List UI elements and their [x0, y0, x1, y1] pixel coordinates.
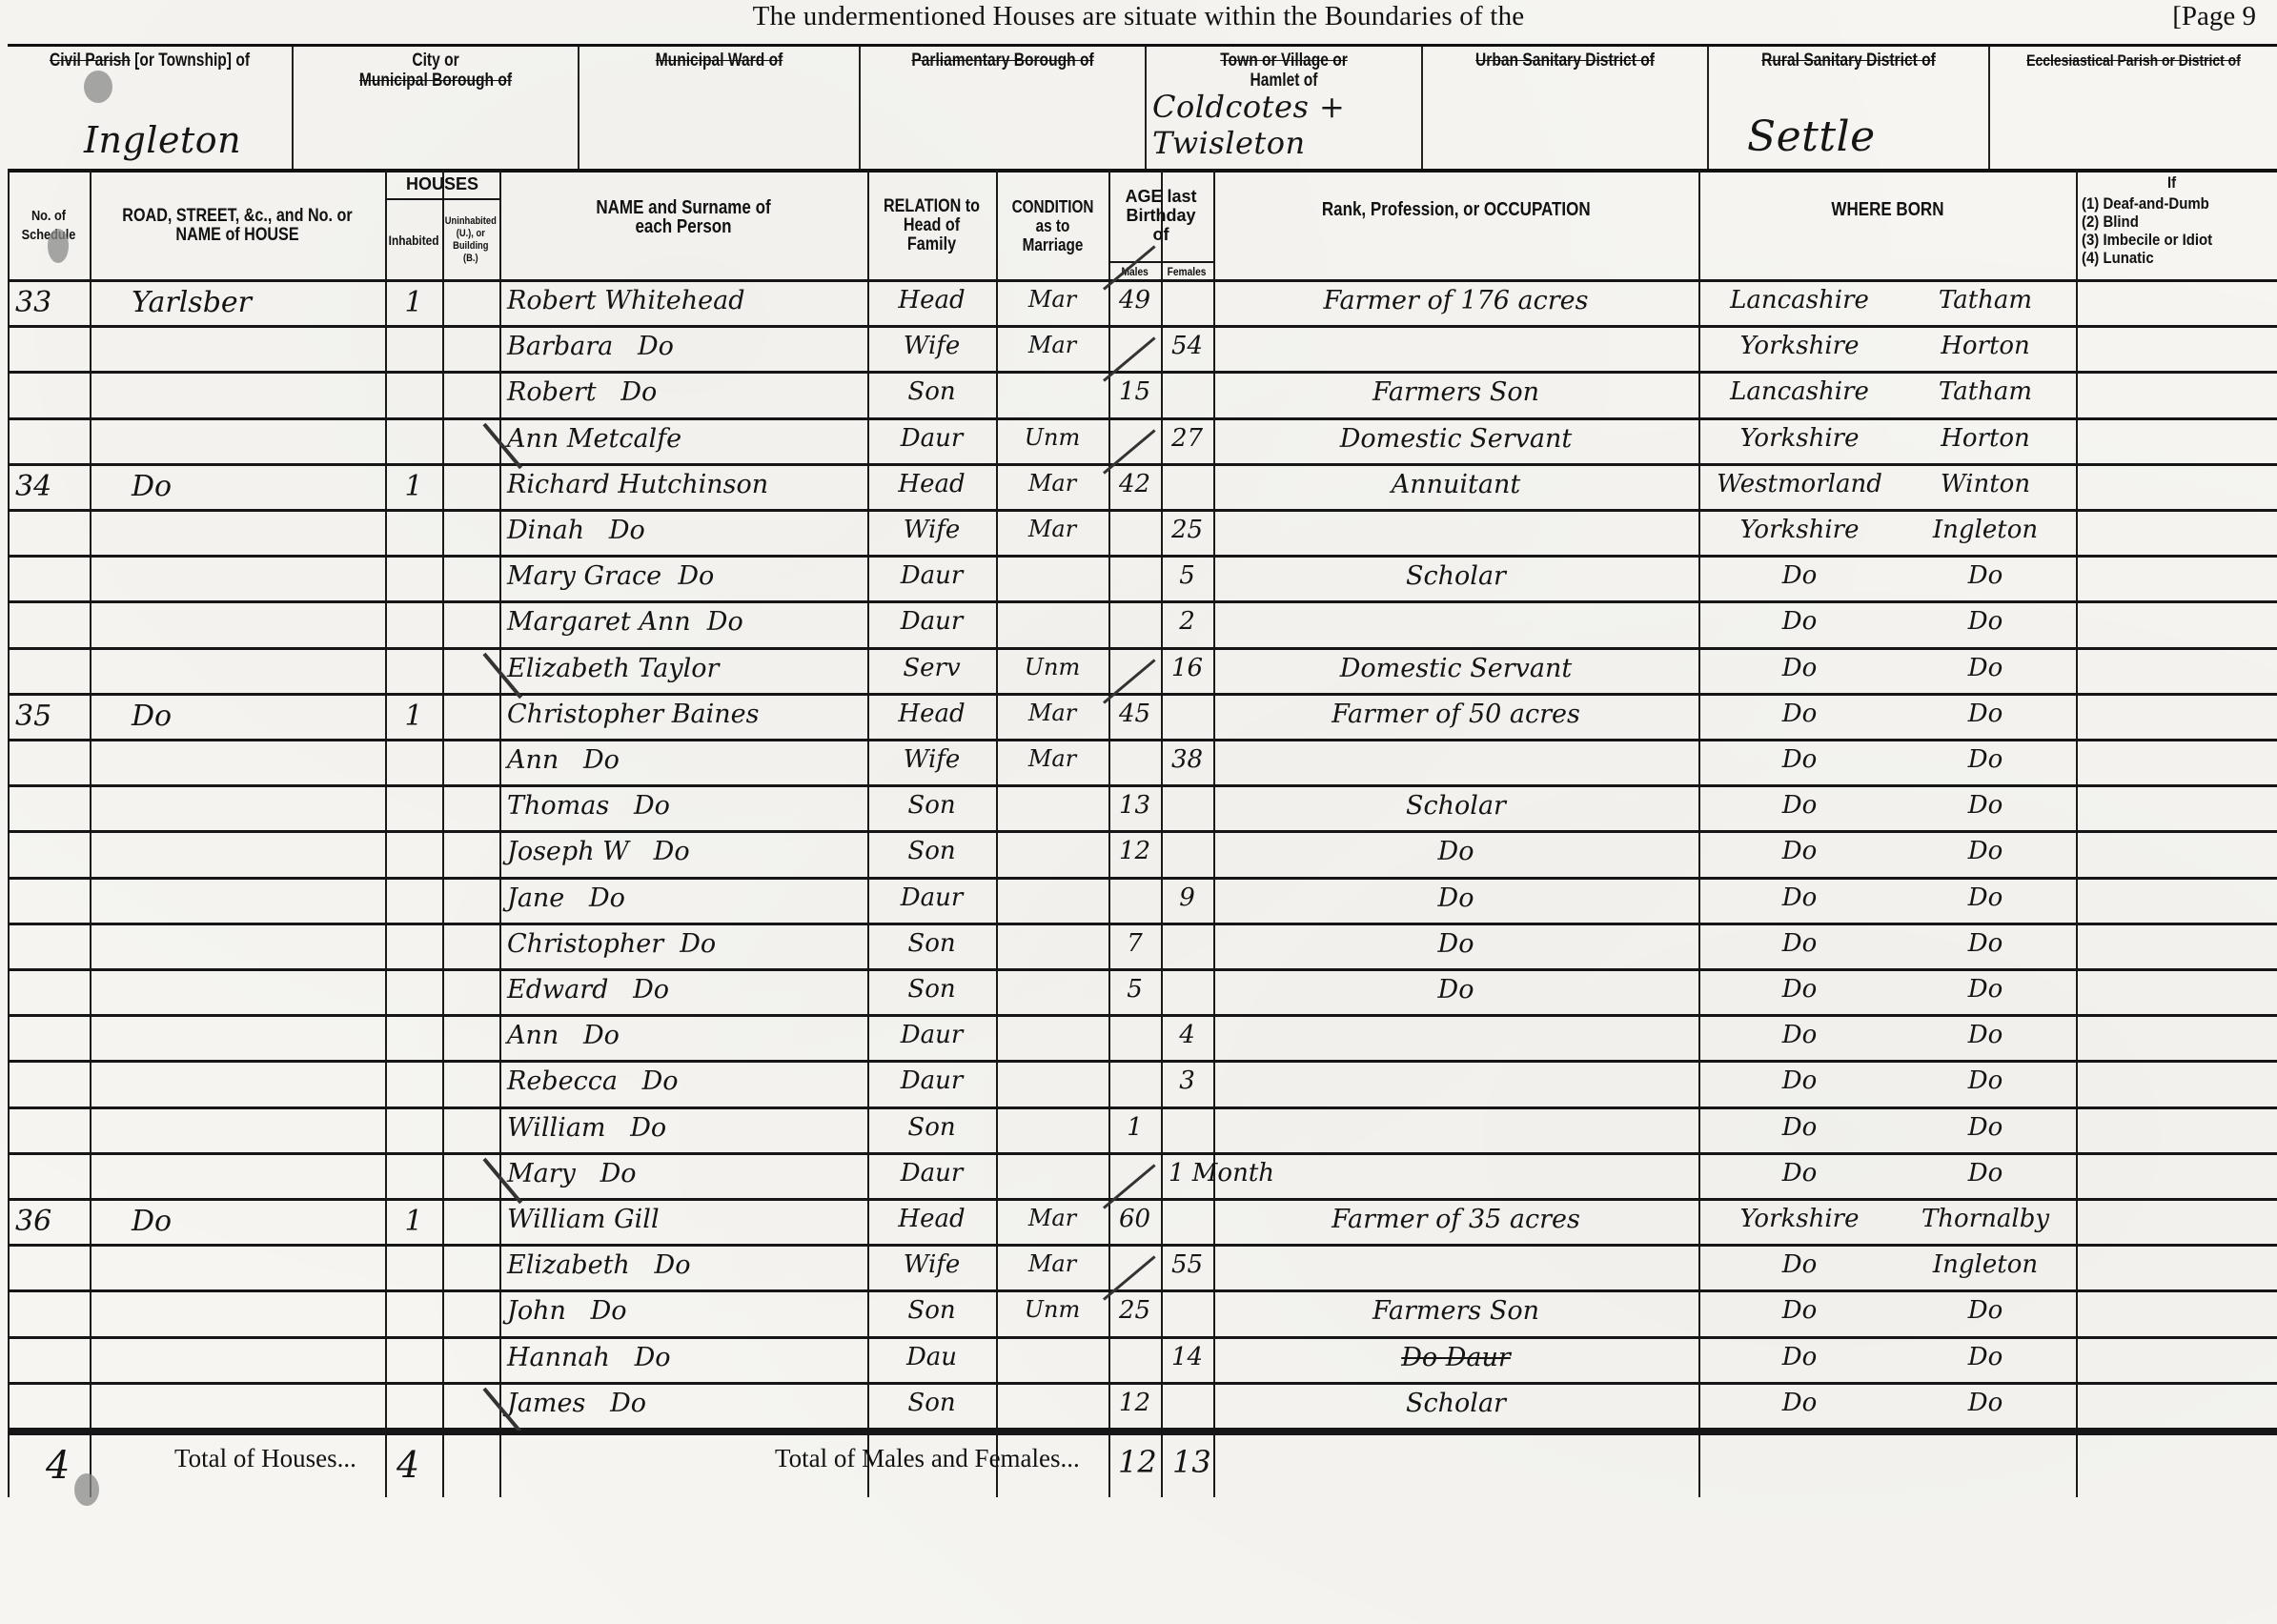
occupation: Farmer of 50 acres: [1213, 700, 1698, 729]
person-name: Mary Grace Do: [507, 561, 714, 591]
header-females-text: Females: [1168, 262, 1207, 281]
person-name: Christopher Do: [507, 929, 716, 959]
header-condition-text: CONDITION as to Marriage: [1011, 197, 1093, 254]
table-row: Robert DoSon15Farmers SonLancashireTatha…: [8, 374, 2277, 419]
male-age: 45: [1108, 700, 1161, 728]
person-name: Richard Hutchinson: [507, 470, 768, 499]
house-name: Do: [132, 470, 172, 503]
female-age: 25: [1161, 516, 1213, 544]
infirmity-option: (3) Imbecile or Idiot: [2082, 231, 2212, 249]
table-row: John DoSonUnm25Farmers SonDoDo: [8, 1292, 2277, 1338]
schedule-number: 34: [15, 470, 51, 503]
boundary-value: Coldcotes + Twisleton: [1152, 89, 1421, 161]
table-row: 36Do1William GillHeadMar60Farmer of 35 a…: [8, 1201, 2277, 1247]
birth-county: Do: [1704, 837, 1895, 865]
relation: Son: [867, 975, 996, 1004]
header-where-born: WHERE BORN: [1698, 170, 2076, 282]
birth-county: Do: [1704, 1343, 1895, 1371]
occupation: Farmer of 35 acres: [1213, 1205, 1698, 1234]
birth-place: Winton: [1895, 470, 2076, 498]
header-where-born-text: WHERE BORN: [1831, 200, 1943, 219]
header-occupation-text: Rank, Profession, or OCCUPATION: [1322, 200, 1591, 219]
male-age: 5: [1108, 975, 1161, 1004]
birth-place: Horton: [1895, 424, 2076, 453]
boundary-value: Ingleton: [84, 119, 241, 161]
header-road-text: ROAD, STREET, &c., and No. or NAME of HO…: [120, 207, 356, 245]
female-age: 16: [1161, 654, 1213, 682]
birth-county: Do: [1704, 1113, 1895, 1142]
boundary-label: Hamlet of: [1171, 71, 1396, 91]
table-row: Ann DoWifeMar38DoDo: [8, 741, 2277, 787]
birth-place: Do: [1895, 1066, 2076, 1095]
header-age: AGE last Birthday of: [1108, 170, 1213, 261]
table-row: Edward DoSon5DoDoDo: [8, 971, 2277, 1017]
boundary-hamlet: Town or Village orHamlet of Coldcotes + …: [1147, 47, 1423, 169]
birth-county: Do: [1704, 1021, 1895, 1049]
header-females: Females: [1161, 261, 1213, 282]
marital-condition: Mar: [996, 1250, 1108, 1277]
header-condition: CONDITION as to Marriage: [996, 170, 1108, 282]
table-row: James DoSon12ScholarDoDo: [8, 1385, 2277, 1431]
person-name: William Gill: [507, 1205, 660, 1234]
male-age: 13: [1108, 791, 1161, 820]
house-name: Yarlsber: [132, 286, 252, 319]
header-inhabited-text: Inhabited: [389, 231, 439, 250]
relation: Son: [867, 1296, 996, 1325]
table-row: Barbara DoWifeMar54YorkshireHorton: [8, 328, 2277, 374]
relation: Daur: [867, 1159, 996, 1188]
birth-county: Do: [1704, 791, 1895, 820]
female-age: 55: [1161, 1250, 1213, 1279]
birth-county: Yorkshire: [1704, 516, 1895, 544]
header-name-text: NAME and Surname of each Person: [576, 198, 791, 236]
table-row: 34Do1Richard HutchinsonHeadMar42Annuitan…: [8, 466, 2277, 512]
occupation: Scholar: [1213, 791, 1698, 821]
person-name: James Do: [507, 1389, 646, 1418]
occupation: Annuitant: [1213, 470, 1698, 499]
person-name: Mary Do: [507, 1159, 637, 1188]
inhabited-count: 1: [385, 700, 442, 733]
birth-place: Do: [1895, 745, 2076, 774]
person-name: Elizabeth Do: [507, 1250, 690, 1280]
header-name: NAME and Surname of each Person: [499, 170, 867, 282]
boundary-label-struck: Parliamentary Borough of: [886, 51, 1119, 71]
relation: Son: [867, 929, 996, 958]
male-age: 42: [1108, 470, 1161, 498]
ink-smudge: [84, 71, 112, 103]
infirmity-option: (1) Deaf-and-Dumb: [2082, 194, 2209, 213]
birth-place: Tatham: [1895, 377, 2076, 406]
marital-condition: Mar: [996, 516, 1108, 542]
male-age: 1: [1108, 1113, 1161, 1142]
female-age: 38: [1161, 745, 1213, 774]
total-inhabited: 4: [396, 1444, 419, 1486]
birth-county: Do: [1704, 561, 1895, 590]
marital-condition: Mar: [996, 286, 1108, 313]
birth-county: Do: [1704, 700, 1895, 728]
boundary-label-struck: Civil Parish: [50, 51, 131, 71]
occupation: Domestic Servant: [1213, 424, 1698, 454]
occupation: Farmers Son: [1213, 377, 1698, 407]
birth-place: Do: [1895, 975, 2076, 1004]
boundary-urban-sanitary: Urban Sanitary District of: [1423, 47, 1709, 169]
table-row: Joseph W DoSon12DoDoDo: [8, 833, 2277, 879]
marital-condition: Unm: [996, 654, 1108, 680]
infirmity-option: (2) Blind: [2082, 213, 2139, 231]
boundaries-header: Civil Parish [or Township] of Ingleton C…: [8, 44, 2277, 173]
table-row: Rebecca DoDaur3DoDo: [8, 1063, 2277, 1108]
male-age: 49: [1108, 286, 1161, 315]
person-name: Ann Do: [507, 1021, 620, 1050]
male-age: 7: [1108, 929, 1161, 958]
relation: Head: [867, 286, 996, 315]
total-males: 12: [1118, 1444, 1157, 1480]
birth-place: Do: [1895, 561, 2076, 590]
boundary-municipal-ward: Municipal Ward of: [579, 47, 861, 169]
relation: Head: [867, 700, 996, 728]
person-name: Robert Do: [507, 377, 657, 407]
table-row: Hannah DoDau14Do DaurDoDo: [8, 1339, 2277, 1385]
occupation: Farmer of 176 acres: [1213, 286, 1698, 315]
table-row: 35Do1Christopher BainesHeadMar45Farmer o…: [8, 696, 2277, 741]
relation: Daur: [867, 607, 996, 636]
boundary-parliamentary-borough: Parliamentary Borough of: [861, 47, 1147, 169]
birth-county: Westmorland: [1704, 470, 1895, 498]
occupation: Do Daur: [1213, 1343, 1698, 1372]
relation: Daur: [867, 424, 996, 453]
relation: Wife: [867, 516, 996, 544]
inhabited-count: 1: [385, 1205, 442, 1238]
occupation: Do: [1213, 975, 1698, 1005]
relation: Wife: [867, 332, 996, 360]
person-name: Elizabeth Taylor: [507, 654, 719, 683]
birth-place: Do: [1895, 883, 2076, 912]
table-row: Elizabeth TaylorServUnm16Domestic Servan…: [8, 650, 2277, 696]
census-page: The undermentioned Houses are situate wi…: [0, 0, 2277, 1624]
infirmity-if: If: [2167, 173, 2176, 192]
birth-place: Do: [1895, 1159, 2076, 1188]
person-name: Edward Do: [507, 975, 669, 1005]
relation: Son: [867, 791, 996, 820]
relation: Wife: [867, 1250, 996, 1279]
relation: Head: [867, 1205, 996, 1233]
female-age: 1 Month: [1169, 1159, 1274, 1188]
table-row: Christopher DoSon7DoDoDo: [8, 925, 2277, 971]
table-row: 33Yarlsber1Robert WhiteheadHeadMar49Farm…: [8, 282, 2277, 328]
boundary-label-struck: Ecclesiastical Parish or District of: [2016, 51, 2251, 71]
male-age: 25: [1108, 1296, 1161, 1325]
birth-place: Thornalby: [1895, 1205, 2076, 1233]
header-occupation: Rank, Profession, or OCCUPATION: [1213, 170, 1698, 282]
person-name: Robert Whitehead: [507, 286, 745, 315]
table-row: Elizabeth DoWifeMar55DoIngleton: [8, 1247, 2277, 1292]
person-name: Ann Metcalfe: [507, 424, 681, 454]
table-row: Ann MetcalfeDaurUnm27Domestic ServantYor…: [8, 420, 2277, 466]
marital-condition: Mar: [996, 1205, 1108, 1231]
birth-county: Do: [1704, 1296, 1895, 1325]
birth-county: Yorkshire: [1704, 1205, 1895, 1233]
occupation: Do: [1213, 883, 1698, 913]
birth-county: Do: [1704, 1389, 1895, 1417]
house-name: Do: [132, 1205, 172, 1238]
relation: Wife: [867, 745, 996, 774]
birth-county: Do: [1704, 883, 1895, 912]
person-name: Ann Do: [507, 745, 620, 775]
birth-county: Lancashire: [1704, 286, 1895, 315]
boundary-label: [or Township] of: [134, 51, 250, 71]
birth-place: Do: [1895, 1113, 2076, 1142]
birth-county: Yorkshire: [1704, 424, 1895, 453]
relation: Dau: [867, 1343, 996, 1371]
marital-condition: Unm: [996, 424, 1108, 451]
birth-place: Do: [1895, 607, 2076, 636]
inhabited-count: 1: [385, 286, 442, 319]
boundary-label: City or: [319, 51, 552, 71]
relation: Son: [867, 1389, 996, 1417]
person-name: John Do: [507, 1296, 627, 1326]
boundary-civil-parish: Civil Parish [or Township] of Ingleton: [8, 47, 294, 169]
birth-place: Do: [1895, 791, 2076, 820]
census-table: No. of ScheduleROAD, STREET, &c., and No…: [8, 170, 2277, 1622]
birth-county: Do: [1704, 607, 1895, 636]
male-age: 12: [1108, 1389, 1161, 1417]
header-road: ROAD, STREET, &c., and No. or NAME of HO…: [90, 170, 385, 282]
ink-smudge: [74, 1473, 99, 1506]
birth-county: Do: [1704, 654, 1895, 682]
birth-place: Do: [1895, 929, 2076, 958]
boundary-rural-sanitary: Rural Sanitary District of Settle: [1709, 47, 1990, 169]
relation: Son: [867, 377, 996, 406]
person-name: Margaret Ann Do: [507, 607, 743, 637]
birth-county: Yorkshire: [1704, 332, 1895, 360]
inhabited-count: 1: [385, 470, 442, 503]
table-row: Thomas DoSon13ScholarDoDo: [8, 787, 2277, 833]
male-age: 12: [1108, 837, 1161, 865]
occupation: Scholar: [1213, 561, 1698, 591]
total-females: 13: [1172, 1444, 1211, 1480]
occupation: Farmers Son: [1213, 1296, 1698, 1326]
header-uninhabited: Uninhabited (U.), or Building (B.): [442, 198, 499, 282]
boundary-label-struck: Rural Sanitary District of: [1734, 51, 1962, 71]
person-name: Christopher Baines: [507, 700, 760, 729]
female-age: 9: [1161, 883, 1213, 912]
male-age: 60: [1108, 1205, 1161, 1233]
table-row: Mary DoDaur1 MonthDoDo: [8, 1155, 2277, 1201]
birth-place: Ingleton: [1895, 516, 2076, 544]
birth-place: Horton: [1895, 332, 2076, 360]
marital-condition: Mar: [996, 700, 1108, 726]
female-age: 14: [1161, 1343, 1213, 1371]
boundary-label-struck: Municipal Borough of: [319, 71, 552, 91]
table-row: Jane DoDaur9DoDoDo: [8, 880, 2277, 925]
birth-place: Do: [1895, 700, 2076, 728]
person-name: Thomas Do: [507, 791, 670, 821]
birth-place: Do: [1895, 837, 2076, 865]
total-persons-label: Total of Males and Females...: [775, 1444, 1080, 1473]
schedule-number: 36: [15, 1205, 51, 1238]
relation: Son: [867, 1113, 996, 1142]
relation: Daur: [867, 561, 996, 590]
person-name: Hannah Do: [507, 1343, 671, 1372]
house-name: Do: [132, 700, 172, 733]
birth-place: Do: [1895, 1389, 2076, 1417]
relation: Son: [867, 837, 996, 865]
female-age: 54: [1161, 332, 1213, 360]
birth-county: Do: [1704, 745, 1895, 774]
birth-place: Do: [1895, 1021, 2076, 1049]
occupation: Domestic Servant: [1213, 654, 1698, 683]
boundary-label-struck: Town or Village or: [1171, 51, 1396, 71]
person-name: William Do: [507, 1113, 666, 1143]
boundary-label-struck: Municipal Ward of: [604, 51, 833, 71]
marital-condition: Mar: [996, 745, 1108, 772]
birth-county: Do: [1704, 1066, 1895, 1095]
relation: Daur: [867, 1021, 996, 1049]
ink-smudge: [48, 229, 69, 263]
boundary-ecclesiastical: Ecclesiastical Parish or District of: [1990, 47, 2277, 169]
birth-place: Ingleton: [1895, 1250, 2076, 1279]
birth-county: Do: [1704, 929, 1895, 958]
person-name: Rebecca Do: [507, 1066, 679, 1096]
document-title: The undermentioned Houses are situate wi…: [0, 0, 2277, 32]
female-age: 2: [1161, 607, 1213, 636]
birth-place: Do: [1895, 1343, 2076, 1371]
birth-county: Do: [1704, 1250, 1895, 1279]
marital-condition: Mar: [996, 470, 1108, 497]
relation: Serv: [867, 654, 996, 682]
infirmity-option: (4) Lunatic: [2082, 249, 2154, 267]
header-inhabited: Inhabited: [385, 198, 442, 282]
page-number: [Page 9: [2172, 0, 2256, 32]
female-age: 4: [1161, 1021, 1213, 1049]
totals-rule: [8, 1431, 2277, 1435]
marital-condition: Mar: [996, 332, 1108, 358]
birth-place: Do: [1895, 654, 2076, 682]
relation: Head: [867, 470, 996, 498]
table-row: William DoSon1DoDo: [8, 1109, 2277, 1155]
relation: Daur: [867, 883, 996, 912]
female-age: 3: [1161, 1066, 1213, 1095]
birth-place: Tatham: [1895, 286, 2076, 315]
birth-county: Lancashire: [1704, 377, 1895, 406]
boundary-city: City orMunicipal Borough of: [294, 47, 579, 169]
occupation: Scholar: [1213, 1389, 1698, 1418]
total-schedules: 4: [46, 1444, 70, 1488]
birth-county: Do: [1704, 975, 1895, 1004]
schedule-number: 33: [15, 286, 51, 319]
total-houses-label: Total of Houses...: [174, 1444, 356, 1473]
male-age: 15: [1108, 377, 1161, 406]
person-name: Dinah Do: [507, 516, 645, 545]
marital-condition: Unm: [996, 1296, 1108, 1323]
person-name: Joseph W Do: [507, 837, 690, 866]
female-age: 5: [1161, 561, 1213, 590]
occupation: Do: [1213, 837, 1698, 866]
person-name: Jane Do: [507, 883, 625, 913]
table-row: Dinah DoWifeMar25YorkshireIngleton: [8, 512, 2277, 558]
table-row: Ann DoDaur4DoDo: [8, 1017, 2277, 1063]
header-houses: HOUSES: [385, 170, 499, 198]
female-age: 27: [1161, 424, 1213, 453]
relation: Daur: [867, 1066, 996, 1095]
person-name: Barbara Do: [507, 332, 674, 361]
header-schedule: No. of Schedule: [8, 170, 90, 282]
header-uninhabited-text: Uninhabited (U.), or Building (B.): [445, 215, 497, 265]
table-row: Mary Grace DoDaur5ScholarDoDo: [8, 558, 2277, 603]
occupation: Do: [1213, 929, 1698, 959]
header-relation-text: RELATION to Head of Family: [882, 197, 982, 254]
birth-county: Do: [1704, 1159, 1895, 1188]
header-relation: RELATION to Head of Family: [867, 170, 996, 282]
schedule-number: 35: [15, 700, 51, 733]
header-infirmity: If(1) Deaf-and-Dumb(2) Blind(3) Imbecile…: [2082, 173, 2277, 278]
boundary-label-struck: Urban Sanitary District of: [1449, 51, 1681, 71]
boundary-value: Settle: [1747, 112, 1876, 161]
birth-place: Do: [1895, 1296, 2076, 1325]
table-row: Margaret Ann DoDaur2DoDo: [8, 603, 2277, 649]
